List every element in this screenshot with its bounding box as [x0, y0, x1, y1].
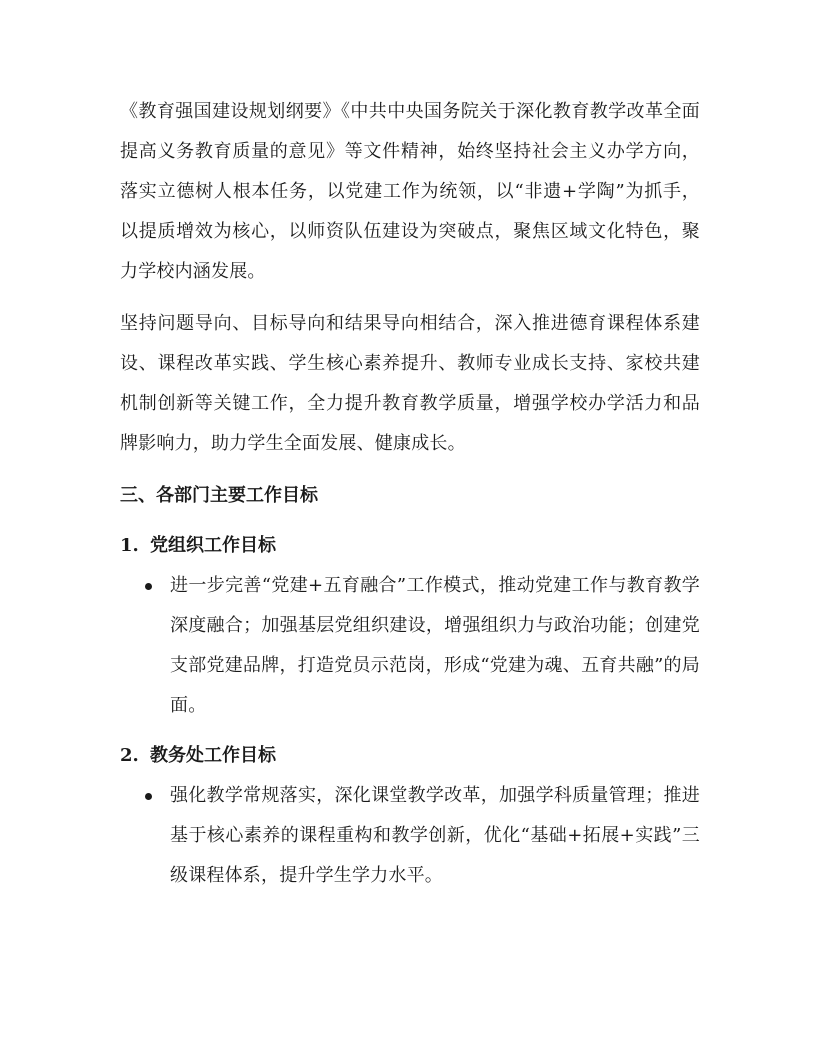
subsection-title: 教务处工作目标 — [150, 736, 276, 776]
subsection-heading-2: 2. 教务处工作目标 — [120, 736, 700, 776]
subsection-title: 党组织工作目标 — [150, 526, 276, 566]
subsection-number: 1. — [120, 526, 150, 566]
bullet-item: 强化教学常规落实，深化课堂教学改革，加强学科质量管理；推进基于核心素养的课程重构… — [120, 776, 700, 896]
section-heading: 三、各部门主要工作目标 — [120, 476, 700, 516]
bullet-dot-icon — [120, 776, 170, 896]
document-page: 《教育强国建设规划纲要》《中共中央国务院关于深化教育教学改革全面提高义务教育质量… — [120, 92, 700, 906]
subsection-heading-1: 1. 党组织工作目标 — [120, 526, 700, 566]
subsection-number: 2. — [120, 736, 150, 776]
bullet-text: 强化教学常规落实，深化课堂教学改革，加强学科质量管理；推进基于核心素养的课程重构… — [170, 776, 700, 896]
intro-paragraph-1: 《教育强国建设规划纲要》《中共中央国务院关于深化教育教学改革全面提高义务教育质量… — [120, 92, 700, 292]
bullet-dot-icon — [120, 566, 170, 726]
bullet-item: 进一步完善“党建+五育融合”工作模式，推动党建工作与教育教学深度融合；加强基层党… — [120, 566, 700, 726]
intro-paragraph-2: 坚持问题导向、目标导向和结果导向相结合，深入推进德育课程体系建设、课程改革实践、… — [120, 304, 700, 464]
bullet-text: 进一步完善“党建+五育融合”工作模式，推动党建工作与教育教学深度融合；加强基层党… — [170, 566, 700, 726]
